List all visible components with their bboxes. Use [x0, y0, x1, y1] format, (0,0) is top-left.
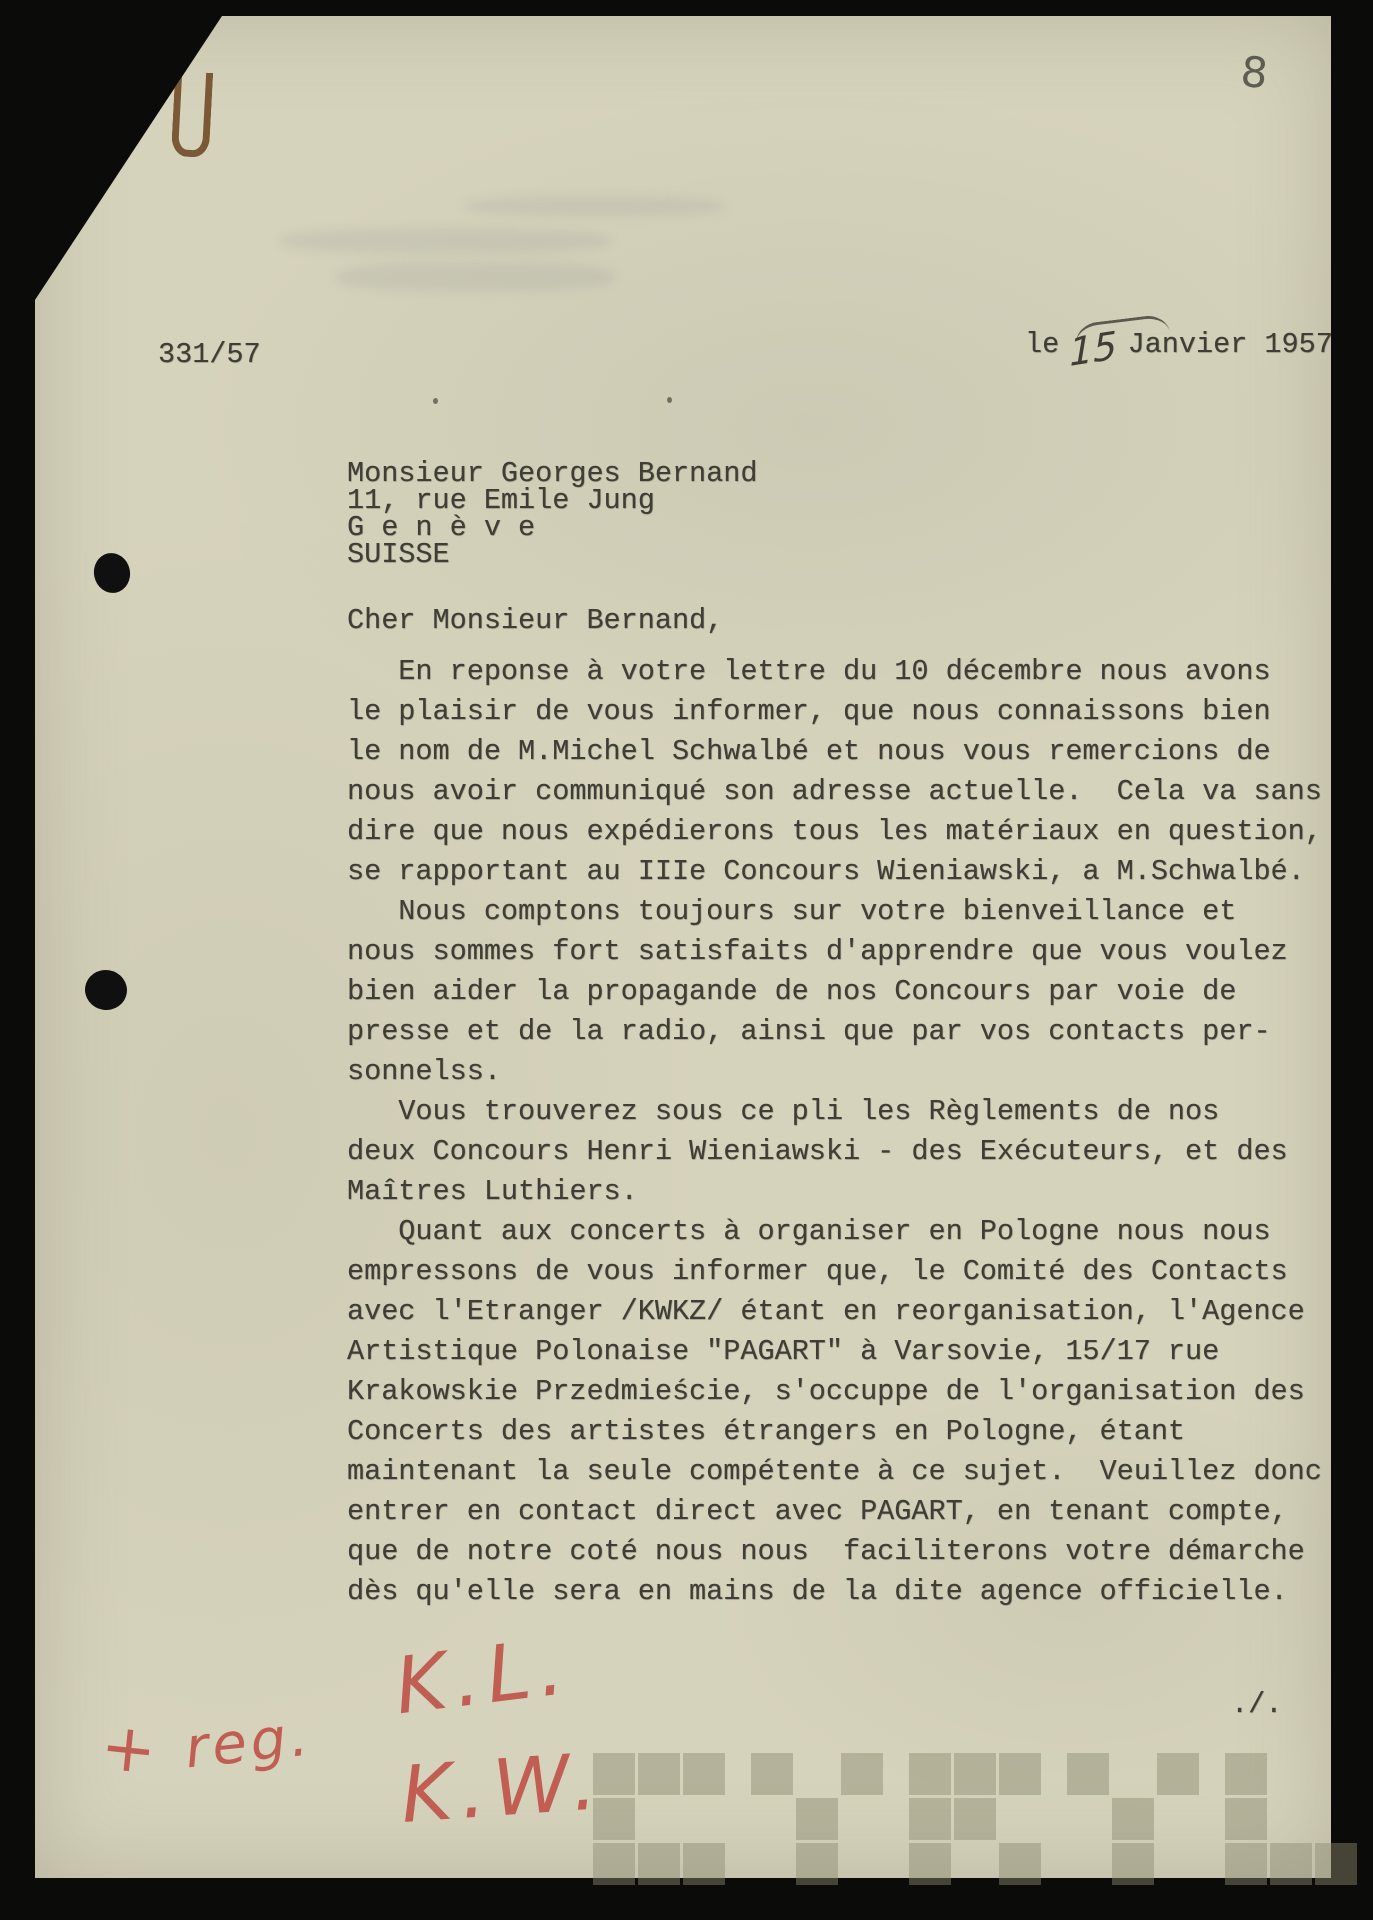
recipient-address: Monsieur Georges Bernand11, rue Emile Ju… — [347, 460, 757, 568]
body-line: empressons de vous informer que, le Comi… — [347, 1252, 1322, 1292]
body-line: En reponse à votre lettre du 10 décembre… — [347, 652, 1322, 692]
date-line: le 15 Janvier 1957 — [1025, 328, 1333, 368]
body-line: Artistique Polonaise "PAGART" à Varsovie… — [347, 1332, 1322, 1372]
letter-body: En reponse à votre lettre du 10 décembre… — [347, 652, 1322, 1612]
body-line: Maîtres Luthiers. — [347, 1172, 1322, 1212]
continuation-mark: ./. — [1231, 1688, 1282, 1721]
body-line: bien aider la propagande de nos Concours… — [347, 972, 1322, 1012]
body-line: maintenant la seule compétente à ce suje… — [347, 1452, 1322, 1492]
body-line: le nom de M.Michel Schwalbé et nous vous… — [347, 732, 1322, 772]
ink-speck — [433, 398, 438, 404]
salutation: Cher Monsieur Bernand, — [347, 604, 723, 637]
recipient-address-line: G e n è v e — [347, 514, 757, 541]
recipient-address-line: Monsieur Georges Bernand — [347, 460, 757, 487]
hole-punch-bottom — [82, 967, 130, 1013]
body-line: sonnelss. — [347, 1052, 1322, 1092]
body-line: Quant aux concerts à organiser en Pologn… — [347, 1212, 1322, 1252]
body-line: nous avoir communiqué son adresse actuel… — [347, 772, 1322, 812]
pencil-page-number: 8 — [1239, 47, 1271, 99]
hole-punch-top — [90, 550, 134, 597]
red-annotation-reg: reg. — [182, 1704, 315, 1782]
body-line: nous sommes fort satisfaits d'apprendre … — [347, 932, 1322, 972]
red-annotation-plus: + — [97, 1707, 160, 1789]
red-initials-kl: K.L. — [390, 1622, 576, 1733]
paperclip-rust-mark — [171, 71, 213, 158]
body-line: deux Concours Henri Wieniawski - des Exé… — [347, 1132, 1322, 1172]
body-line: le plaisir de vous informer, que nous co… — [347, 692, 1322, 732]
recipient-address-line: 11, rue Emile Jung — [347, 487, 757, 514]
body-line: presse et de la radio, ainsi que par vos… — [347, 1012, 1322, 1052]
body-line: se rapportant au IIIe Concours Wieniawsk… — [347, 852, 1322, 892]
letter-page: 8 331/57 le 15 Janvier 1957 Monsieur Geo… — [35, 16, 1331, 1878]
body-line: entrer en contact direct avec PAGART, en… — [347, 1492, 1322, 1532]
body-line: avec l'Etranger /KWKZ/ étant en reorgani… — [347, 1292, 1322, 1332]
body-line: Vous trouverez sous ce pli les Règlement… — [347, 1092, 1322, 1132]
body-line: Nous comptons toujours sur votre bienvei… — [347, 892, 1322, 932]
recipient-address-line: SUISSE — [347, 541, 757, 568]
body-line: Krakowskie Przedmieście, s'occuppe de l'… — [347, 1372, 1322, 1412]
body-line: dès qu'elle sera en mains de la dite age… — [347, 1572, 1322, 1612]
date-prefix: le — [1025, 328, 1059, 361]
scan-background: 8 331/57 le 15 Janvier 1957 Monsieur Geo… — [0, 0, 1373, 1920]
body-line: Concerts des artistes étrangers en Polog… — [347, 1412, 1322, 1452]
ink-speck — [667, 397, 672, 403]
reference-number: 331/57 — [158, 338, 261, 371]
ink-bleed-smudge — [465, 196, 725, 216]
ink-bleed-smudge — [335, 262, 615, 292]
ink-bleed-smudge — [280, 228, 610, 254]
body-line: que de notre coté nous nous faciliterons… — [347, 1532, 1322, 1572]
body-line: dire que nous expédierons tous les matér… — [347, 812, 1322, 852]
red-initials-kw: K.W. — [398, 1737, 607, 1841]
